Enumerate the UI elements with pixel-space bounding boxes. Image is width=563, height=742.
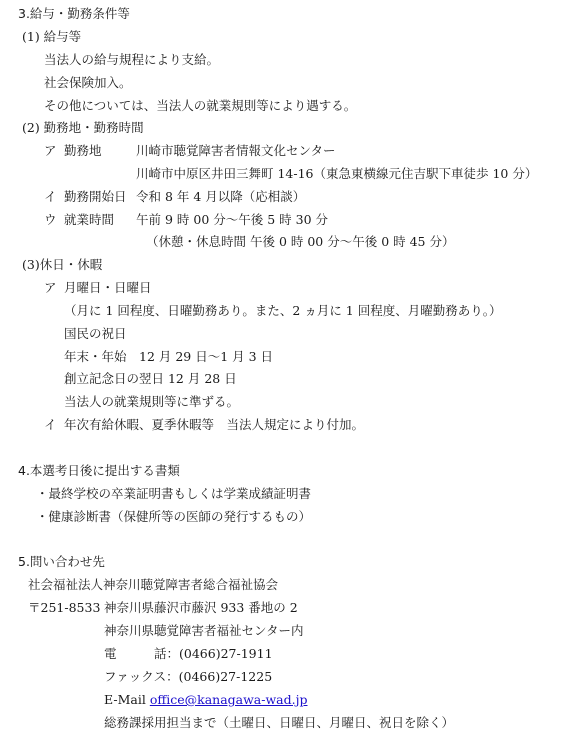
telephone-number: (0466)27-1911 xyxy=(179,646,273,661)
work-location-value: 川崎市聴覚障害者情報文化センター xyxy=(136,143,336,159)
start-date-marker: イ xyxy=(44,189,57,205)
work-location-marker: ア xyxy=(44,143,57,159)
email-label: E-Mail xyxy=(104,692,150,707)
section-5-heading: 5.問い合わせ先 xyxy=(18,554,105,570)
working-hours-label: 就業時間 xyxy=(64,212,114,228)
holidays-line-1: （月に 1 回程度、日曜勤務あり。また、2 ヵ月に 1 回程度、月曜勤務あり。） xyxy=(64,303,501,319)
leave-label-i: 年次有給休暇、夏季休暇等 当法人規定により付加。 xyxy=(64,417,364,433)
email-link[interactable]: office@kanagawa-wad.jp xyxy=(150,692,308,707)
telephone-label: 電 話： xyxy=(104,646,179,661)
organization-name: 社会福祉法人神奈川聴覚障害者総合福祉協会 xyxy=(28,577,278,593)
holidays-line-5: 当法人の就業規則等に準ずる。 xyxy=(64,394,239,410)
start-date-value: 令和 8 年 4 月以降（応相談） xyxy=(136,189,305,205)
section-4-heading: 4.本選考日後に提出する書類 xyxy=(18,463,180,479)
salary-line-2: 社会保険加入。 xyxy=(44,75,132,91)
working-hours-marker: ウ xyxy=(44,212,57,228)
email: E-Mail office@kanagawa-wad.jp xyxy=(104,692,307,708)
fax-number: (0466)27-1225 xyxy=(179,669,273,684)
break-time: （休憩・休息時間 午後 0 時 00 分～午後 0 時 45 分） xyxy=(146,234,454,250)
subsection-2-heading: (2) 勤務地・勤務時間 xyxy=(22,120,144,136)
work-location-label: 勤務地 xyxy=(64,143,102,159)
salary-line-3: その他については、当法人の就業規則等により遇する。 xyxy=(44,98,356,114)
section-3-heading: 3.給与・勤務条件等 xyxy=(18,6,130,22)
salary-line-1: 当法人の給与規程により支給。 xyxy=(44,52,219,68)
leave-marker-i: イ xyxy=(44,417,57,433)
working-hours-value: 午前 9 時 00 分～午後 5 時 30 分 xyxy=(136,212,328,228)
address-line-2: 神奈川県聴覚障害者福祉センター内 xyxy=(104,623,304,639)
start-date-label: 勤務開始日 xyxy=(64,189,127,205)
telephone: 電 話：(0466)27-1911 xyxy=(104,646,273,662)
subsection-3-heading: (3)休日・休暇 xyxy=(22,257,102,273)
fax: ファックス：(0466)27-1225 xyxy=(104,669,272,685)
holidays-line-3: 年末・年始 12 月 29 日～1 月 3 日 xyxy=(64,349,273,365)
contact-note: 総務課採用担当まで（土曜日、日曜日、月曜日、祝日を除く） xyxy=(104,715,454,731)
postal-code: 〒251-8533 xyxy=(28,600,100,616)
holidays-label-a: 月曜日・日曜日 xyxy=(64,280,152,296)
holidays-marker-a: ア xyxy=(44,280,57,296)
holidays-line-4: 創立記念日の翌日 12 月 28 日 xyxy=(64,371,237,387)
holidays-line-2: 国民の祝日 xyxy=(64,326,127,342)
document-bullet-2: ・健康診断書（保健所等の医師の発行するもの） xyxy=(36,509,311,525)
document-bullet-1: ・最終学校の卒業証明書もしくは学業成績証明書 xyxy=(36,486,311,502)
work-location-address: 川崎市中原区井田三舞町 14-16（東急東横線元住吉駅下車徒歩 10 分） xyxy=(136,166,537,182)
subsection-1-heading: (1) 給与等 xyxy=(22,29,81,45)
fax-label: ファックス： xyxy=(104,669,179,684)
address-line-1: 神奈川県藤沢市藤沢 933 番地の 2 xyxy=(104,600,298,616)
